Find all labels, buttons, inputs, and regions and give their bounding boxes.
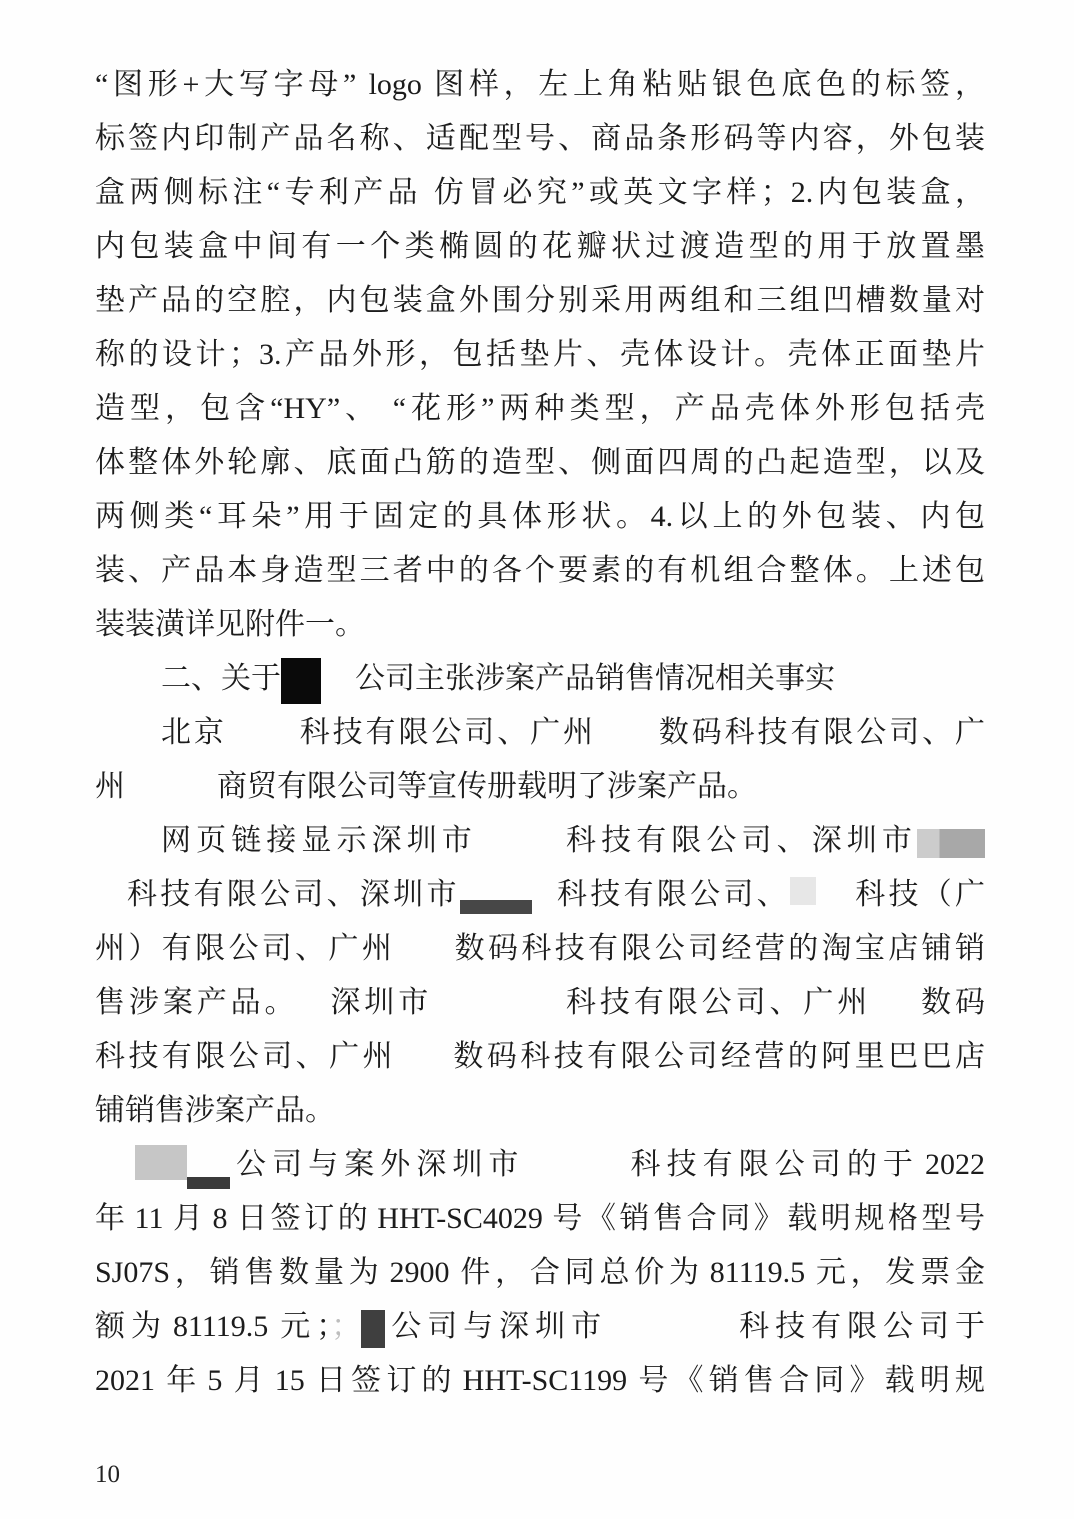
text-segment: 公司与案外深圳市: [230, 1148, 525, 1181]
text-line: 年 11 月 8 日签订的 HHT-SC4029 号《销售合同》载明规格型号: [95, 1192, 985, 1246]
blank-gap: [298, 1010, 326, 1012]
text-line: 州）有限公司、广州数码科技有限公司经营的淘宝店铺销: [95, 922, 985, 976]
text-segment: 科技有限公司的于 2022: [625, 1148, 986, 1181]
text-line: 内包装盒中间有一个类椭圆的花瓣状过渡造型的用于放置墨: [95, 220, 985, 274]
text-line: 铺销售涉案产品。: [95, 1084, 985, 1138]
redaction-block: [460, 900, 532, 914]
text-line: 标签内印制产品名称、适配型号、商品条形码等内容，外包装: [95, 112, 985, 166]
redaction-block: [281, 658, 321, 704]
blank-gap: [395, 956, 451, 958]
blank-gap: [816, 902, 852, 904]
text-segment: 垫产品的空腔，内包装盒外围分别采用两组和三组凹槽数量对: [95, 284, 985, 317]
blank-gap: [227, 740, 297, 742]
text-line: 垫产品的空腔，内包装盒外围分别采用两组和三组凹槽数量对: [95, 274, 985, 328]
text-line: 售涉案产品。深圳市科技有限公司、广州数码: [95, 976, 985, 1030]
redaction-block: [917, 829, 985, 858]
text-segment: 公司与深圳市: [385, 1310, 607, 1343]
blank-gap: [396, 1064, 450, 1066]
text-line: 装装潢详见附件一。: [95, 598, 985, 652]
text-segment: 数码科技有限公司经营的淘宝店铺销: [451, 932, 985, 965]
text-segment: 深圳市: [326, 986, 432, 1019]
text-segment: 公司主张涉案产品销售情况相关事实: [355, 662, 835, 695]
text-segment: 科技有限公司、广州: [297, 716, 596, 749]
text-segment: 二、关于: [161, 662, 281, 695]
text-segment: 北京: [161, 716, 227, 749]
text-segment: 盒两侧标注“专利产品 仿冒必究”或英文字样；2.内包装盒，: [95, 176, 985, 209]
text-line: 北京科技有限公司、广州数码科技有限公司、广: [95, 706, 985, 760]
text-line: 科技有限公司、深圳市科技有限公司、科技（广: [95, 868, 985, 922]
text-line: 额为 81119.5 元；；公司与深圳市科技有限公司于: [95, 1300, 985, 1354]
text-line: 二、关于公司主张涉案产品销售情况相关事实: [95, 652, 985, 706]
blank-gap: [871, 1010, 917, 1012]
text-segment: 科技有限公司于: [733, 1310, 985, 1343]
text-segment: 州）有限公司、广州: [95, 932, 395, 965]
text-segment: 2021 年 5 月 15 日签订的 HHT-SC1199 号《销售合同》载明规: [95, 1364, 985, 1397]
redaction-block: [790, 877, 816, 905]
text-segment: 装、产品本身造型三者中的各个要素的有机组合整体。上述包: [95, 554, 985, 587]
text-segment: 数码科技有限公司经营的阿里巴巴店: [450, 1040, 985, 1073]
text-segment: 体整体外轮廓、底面凸筋的造型、侧面四周的凸起造型，以及: [95, 446, 985, 479]
text-segment: 额为 81119.5 元；: [95, 1310, 331, 1343]
blank-gap: [477, 848, 561, 850]
text-line: “图形+大写字母” logo 图样，左上角粘贴银色底色的标签，: [95, 58, 985, 112]
text-line: 网页链接显示深圳市科技有限公司、深圳市: [95, 814, 985, 868]
text-segment: 内包装盒中间有一个类椭圆的花瓣状过渡造型的用于放置墨: [95, 230, 985, 263]
blank-gap: [432, 1010, 562, 1012]
text-line: 两侧类“耳朵”用于固定的具体形状。4.以上的外包装、内包: [95, 490, 985, 544]
blank-gap: [321, 686, 355, 688]
text-line: SJ07S，销售数量为 2900 件，合同总价为 81119.5 元，发票金: [95, 1246, 985, 1300]
text-line: 体整体外轮廓、底面凸筋的造型、侧面四周的凸起造型，以及: [95, 436, 985, 490]
text-segment: 科技（广: [852, 878, 985, 911]
text-segment: 科技有限公司、深圳市: [561, 824, 917, 857]
text-segment: 标签内印制产品名称、适配型号、商品条形码等内容，外包装: [95, 122, 985, 155]
text-line: 2021 年 5 月 15 日签订的 HHT-SC1199 号《销售合同》载明规: [95, 1354, 985, 1408]
text-segment: 数码科技有限公司、广: [656, 716, 985, 749]
text-line: 公司与案外深圳市科技有限公司的于 2022: [95, 1138, 985, 1192]
text-line: 造型，包含“HY”、 “花形”两种类型，产品壳体外形包括壳: [95, 382, 985, 436]
text-segment: 造型，包含“HY”、 “花形”两种类型，产品壳体外形包括壳: [95, 392, 985, 425]
text-line: 盒两侧标注“专利产品 仿冒必究”或英文字样；2.内包装盒，: [95, 166, 985, 220]
text-segment: ；: [331, 1310, 361, 1343]
text-segment: 铺销售涉案产品。: [95, 1094, 335, 1127]
text-segment: 科技有限公司、: [554, 878, 790, 911]
blank-gap: [532, 902, 554, 904]
blank-gap: [125, 794, 217, 796]
text-segment: 装装潢详见附件一。: [95, 608, 365, 641]
text-segment: SJ07S，销售数量为 2900 件，合同总价为 81119.5 元，发票金: [95, 1256, 985, 1289]
text-segment: 称的设计；3.产品外形，包括垫片、壳体设计。壳体正面垫片: [95, 338, 985, 371]
text-segment: 售涉案产品。: [95, 986, 298, 1019]
text-segment: 科技有限公司、广州: [562, 986, 871, 1019]
text-segment: 商贸有限公司等宣传册载明了涉案产品。: [217, 770, 757, 803]
redaction-block: [135, 1145, 230, 1189]
blank-gap: [607, 1334, 733, 1336]
text-segment: 州: [95, 770, 125, 803]
text-segment: 科技有限公司、广州: [95, 1040, 396, 1073]
page-number: 10: [95, 1460, 120, 1490]
document-body: “图形+大写字母” logo 图样，左上角粘贴银色底色的标签，标签内印制产品名称…: [95, 58, 985, 1408]
redaction-block: [361, 1310, 385, 1348]
text-segment: 数码: [917, 986, 985, 1019]
blank-gap: [596, 740, 656, 742]
text-line: 州商贸有限公司等宣传册载明了涉案产品。: [95, 760, 985, 814]
text-segment: 年 11 月 8 日签订的 HHT-SC4029 号《销售合同》载明规格型号: [95, 1202, 985, 1235]
text-segment: 科技有限公司、深圳市: [127, 878, 460, 911]
text-line: 装、产品本身造型三者中的各个要素的有机组合整体。上述包: [95, 544, 985, 598]
text-segment: 两侧类“耳朵”用于固定的具体形状。4.以上的外包装、内包: [95, 500, 985, 533]
text-segment: 网页链接显示深圳市: [161, 824, 477, 857]
document-page: “图形+大写字母” logo 图样，左上角粘贴银色底色的标签，标签内印制产品名称…: [0, 0, 1074, 1519]
blank-gap: [525, 1172, 625, 1174]
text-line: 称的设计；3.产品外形，包括垫片、壳体设计。壳体正面垫片: [95, 328, 985, 382]
text-line: 科技有限公司、广州数码科技有限公司经营的阿里巴巴店: [95, 1030, 985, 1084]
text-segment: “图形+大写字母” logo 图样，左上角粘贴银色底色的标签，: [95, 68, 985, 101]
